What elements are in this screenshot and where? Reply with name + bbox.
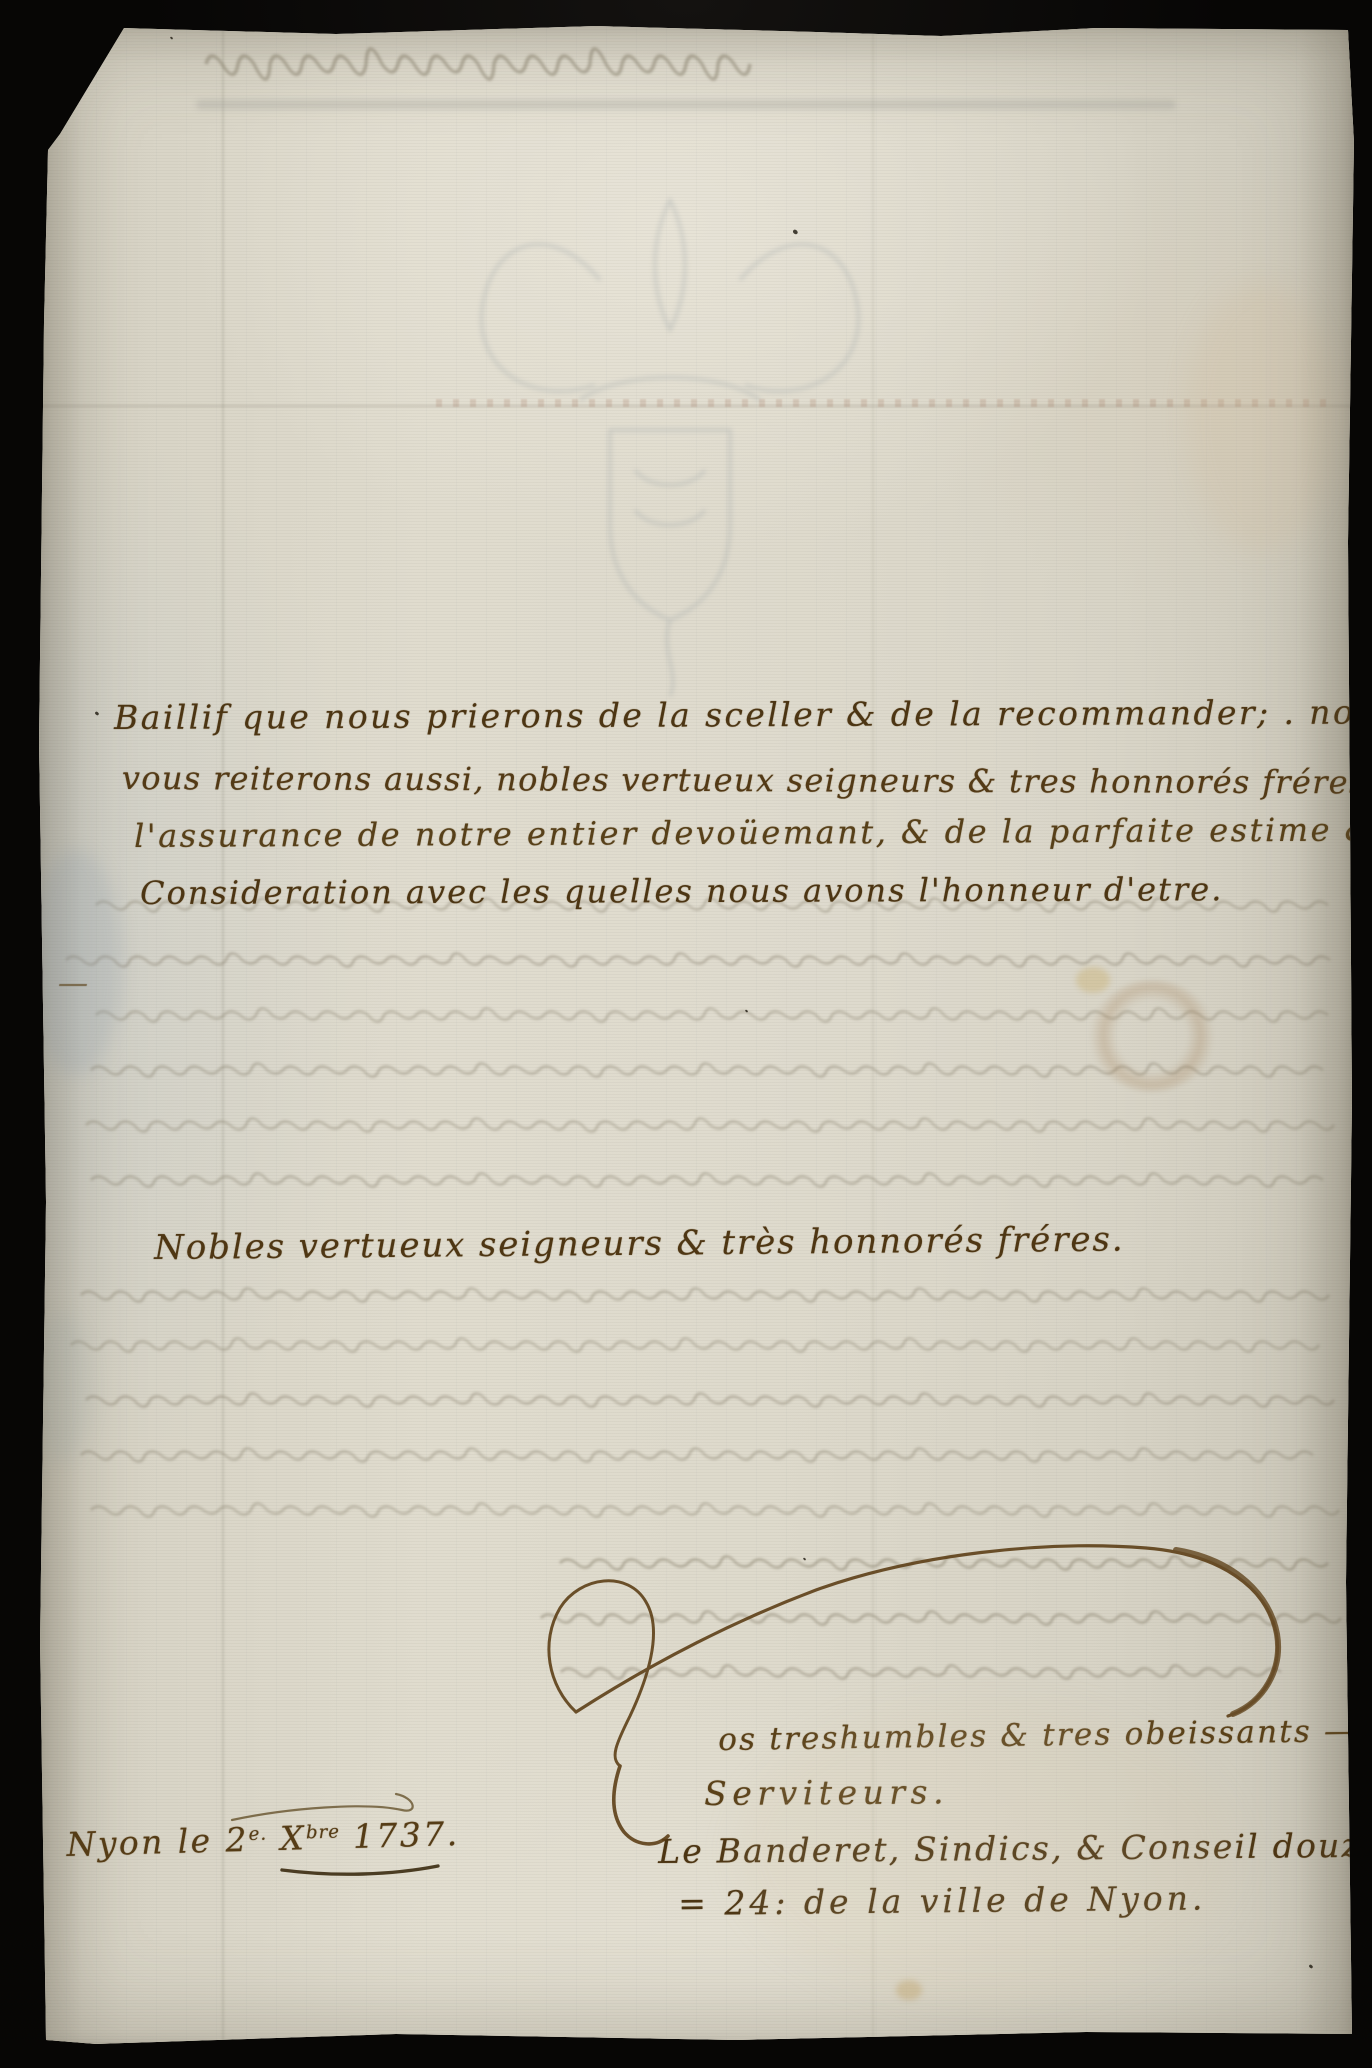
ghost-line [90, 1503, 1341, 1516]
flourish-arc-heavy [1176, 1550, 1278, 1714]
paper-speck [170, 36, 174, 40]
bleed-through-smear [196, 100, 1176, 109]
letter-body-line-3: l'assurance de notre entier devoüemant, … [134, 810, 1372, 855]
ink-stain [1186, 282, 1336, 552]
letter-body-line-4: Consideration avec les quelles nous avon… [140, 870, 1223, 912]
ghost-line [540, 1611, 1343, 1624]
dateline-month: X [267, 1818, 307, 1858]
margin-dash: — [58, 966, 88, 1001]
ink-stain [896, 1980, 922, 2000]
dateline-superscript-e: e. [248, 1824, 267, 1846]
paper-sheet: Baillif que nous prierons de la sceller … [36, 22, 1354, 2046]
ghost-line [85, 1393, 1336, 1406]
ghost-line [85, 1118, 1336, 1131]
dateline-superscript-bre: bre [306, 1821, 341, 1843]
ink-stain [1076, 967, 1110, 993]
ghost-line [70, 1338, 1321, 1351]
letter-body-line-2: vous reiterons aussi, nobles vertueux se… [122, 759, 1372, 802]
paper-speck [803, 1557, 807, 1561]
dateline-place: Nyon le 2 [66, 1820, 249, 1864]
ink-stain [32, 1312, 92, 1462]
ghost-line [203, 49, 753, 79]
paper-speck [745, 1009, 749, 1013]
closing-line-4: = 24: de la ville de Nyon. [678, 1878, 1207, 1923]
ghost-line [80, 1448, 1315, 1461]
fold-crease-vertical-left [222, 22, 224, 2046]
flourish-arc [576, 1546, 1278, 1716]
flourish-loop [549, 1581, 654, 1766]
paper-speck [792, 229, 798, 235]
closing-line-3: Le Banderet, Sindics, & Conseil douze & [658, 1825, 1372, 1871]
ink-stain [28, 850, 123, 1075]
ghost-line [80, 1288, 1331, 1301]
closing-line-2: Serviteurs. [704, 1772, 949, 1813]
scan-background: Baillif que nous prierons de la sceller … [0, 0, 1372, 2068]
ghost-line [95, 1008, 1330, 1021]
ghost-line [560, 1665, 1283, 1678]
ghost-line [90, 1173, 1325, 1186]
ghost-line [559, 1556, 1330, 1569]
water-ring-stain [1090, 980, 1214, 1092]
dateline: Nyon le 2e. Xbre 1737. [66, 1814, 460, 1864]
salutation-line: Nobles vertueux seigneurs & très honnoré… [154, 1220, 1125, 1268]
watermark [430, 140, 910, 700]
date-underline [282, 1866, 438, 1874]
ghost-line [65, 953, 1332, 966]
ghost-line [90, 1063, 1325, 1076]
closing-line-1: os treshumbles & tres obeissants — [718, 1713, 1357, 1758]
stitch-marks [436, 399, 1326, 407]
paper-speck [95, 711, 100, 716]
dateline-year: 1737. [340, 1814, 460, 1856]
paper-speck [1309, 1964, 1314, 1969]
letter-body-line-1: Baillif que nous prierons de la sceller … [114, 692, 1372, 737]
fold-crease-horizontal [36, 405, 1354, 407]
